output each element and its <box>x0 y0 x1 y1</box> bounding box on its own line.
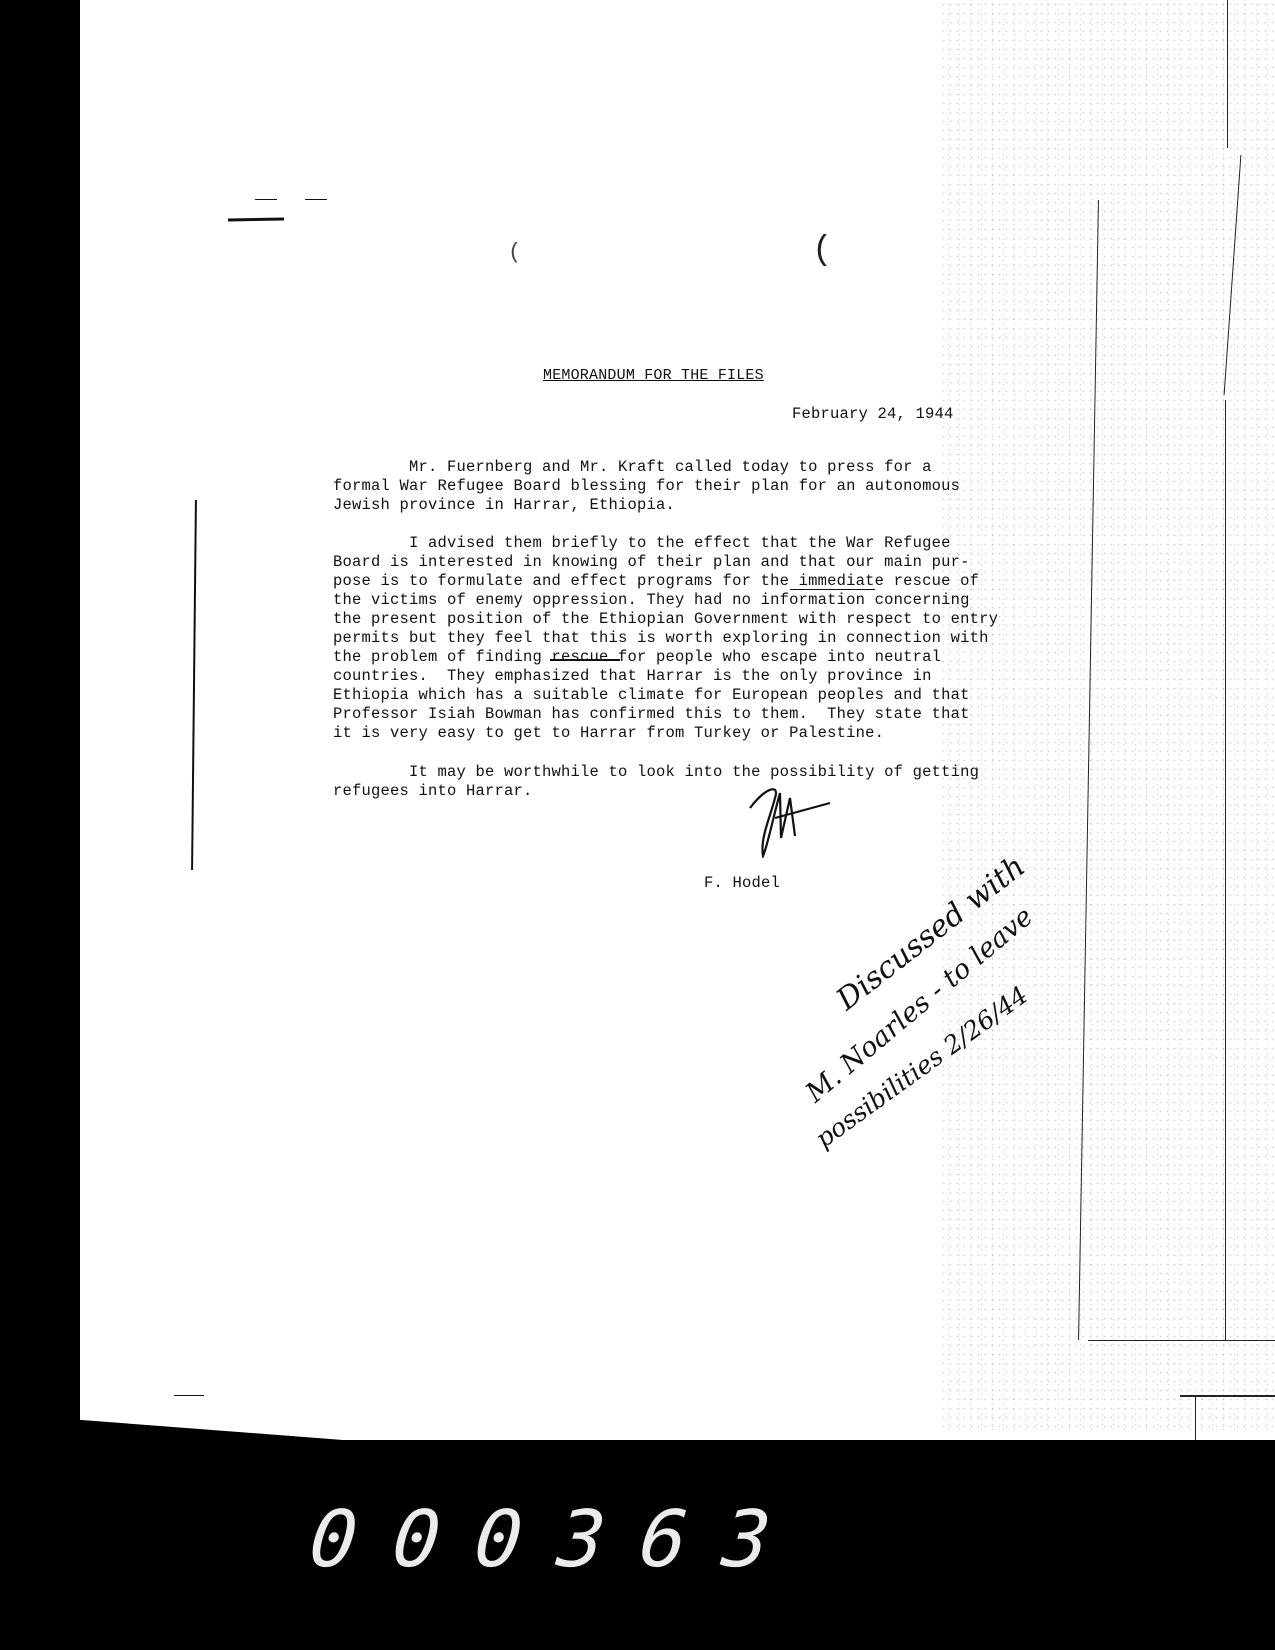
page-edge-5 <box>1088 1340 1275 1341</box>
memo-date: February 24, 1944 <box>792 405 954 423</box>
counter-digit: 3 <box>718 1495 774 1585</box>
text-line: Professor Isiah Bowman has confirmed thi… <box>333 705 970 724</box>
page-edge-4 <box>1225 400 1226 1340</box>
frame-counter: 0 0 0 3 6 3 <box>310 1495 770 1585</box>
text-line: formal War Refugee Board blessing for th… <box>333 477 960 496</box>
page-edge-1 <box>1227 0 1228 148</box>
punch-mark-right: ( <box>812 232 833 270</box>
page-edge-7 <box>1195 1395 1196 1440</box>
memo-title: MEMORANDUM FOR THE FILES <box>543 367 764 384</box>
text-line: countries. They emphasized that Harrar i… <box>333 667 932 686</box>
strike-payments <box>550 659 620 661</box>
text-line: the problem of finding rescue for people… <box>333 648 941 667</box>
text-line: it is very easy to get to Harrar from Tu… <box>333 724 884 743</box>
margin-dash-3 <box>305 199 327 200</box>
underline-immediate <box>790 589 875 590</box>
text-line: the present position of the Ethiopian Go… <box>333 610 998 629</box>
text-line: Jewish province in Harrar, Ethiopia. <box>333 496 675 515</box>
text-line: Board is interested in knowing of their … <box>333 553 970 572</box>
text-line: refugees into Harrar. <box>333 782 533 801</box>
counter-digit: 3 <box>553 1495 609 1585</box>
punch-mark-left: ( <box>508 240 521 265</box>
text-line: Mr. Fuernberg and Mr. Kraft called today… <box>333 458 932 477</box>
text-line: It may be worthwhile to look into the po… <box>333 763 979 782</box>
signatory-name: F. Hodel <box>704 874 780 892</box>
counter-digit: 6 <box>636 1495 692 1585</box>
signature-initials <box>745 778 835 858</box>
counter-digit: 0 <box>470 1495 526 1585</box>
text-line: permits but they feel that this is worth… <box>333 629 989 648</box>
text-line: the victims of enemy oppression. They ha… <box>333 591 970 610</box>
text-line: I advised them briefly to the effect tha… <box>333 534 951 553</box>
margin-dash-2 <box>255 199 277 200</box>
counter-digit: 0 <box>388 1495 444 1585</box>
margin-dash-4 <box>174 1395 204 1396</box>
text-line: Ethiopia which has a suitable climate fo… <box>333 686 970 705</box>
text-line: pose is to formulate and effect programs… <box>333 572 979 591</box>
counter-digit: 0 <box>305 1495 361 1585</box>
